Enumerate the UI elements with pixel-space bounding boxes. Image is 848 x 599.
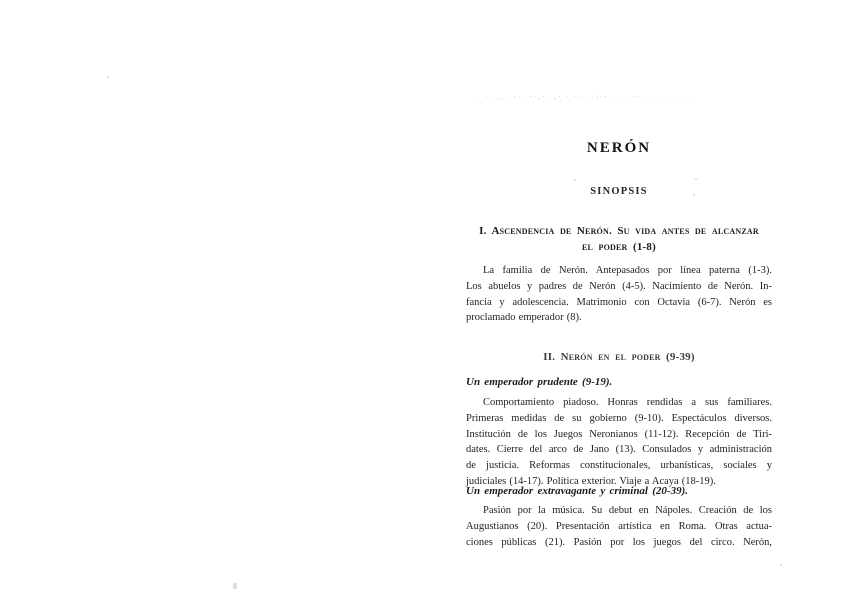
subsection-1-paragraph: Comportamiento piadoso. Honras rendidas … [466, 395, 772, 490]
paragraph-line: Institución de los Juegos Neronianos (11… [466, 427, 772, 443]
paragraph-line: de justicia. Reformas constitucionales, … [466, 458, 772, 474]
scan-speck [695, 178, 697, 180]
paragraph-line: proclamado emperador (8). [466, 310, 772, 326]
section-1-paragraph: La familia de Nerón. Antepasados por lín… [466, 263, 772, 326]
section-1-heading-line-1: I. Ascendencia de Nerón. Su vida antes d… [466, 224, 772, 240]
scan-speck [107, 76, 109, 78]
paragraph-line: Comportamiento piadoso. Honras rendidas … [466, 395, 772, 411]
scan-speck [780, 564, 782, 566]
paragraph-line: Primeras medidas de su gobierno (9-10). … [466, 411, 772, 427]
section-1-heading: I. Ascendencia de Nerón. Su vida antes d… [466, 224, 772, 255]
paragraph-line: dates. Cierre del arco de Jano (13). Con… [466, 442, 772, 458]
paragraph-line: ciones públicas (21). Pasión por los jue… [466, 535, 772, 551]
scanned-book-page: . ·· .,· -·. ··,·· ,· · ··· ·:·· ·· · ··… [0, 0, 848, 599]
paragraph-line: Augustianos (20). Presentación artística… [466, 519, 772, 535]
bleed-through-text: . ·· .,· -·. ··,·· ,· · ··· ·:·· ·· · ··… [478, 93, 748, 101]
page-title: NERÓN [466, 140, 772, 157]
paragraph-line: Los abuelos y padres de Nerón (4-5). Nac… [466, 279, 772, 295]
paragraph-line: La familia de Nerón. Antepasados por lín… [466, 263, 772, 279]
subsection-2-paragraph: Pasión por la música. Su debut en Nápole… [466, 503, 772, 550]
subsection-1-heading: Un emperador prudente (9-19). [466, 376, 772, 388]
section-2-heading: II. Nerón en el poder (9-39) [466, 350, 772, 366]
scan-speck [693, 194, 695, 196]
paragraph-line: Pasión por la música. Su debut en Nápole… [466, 503, 772, 519]
scan-speck [574, 179, 576, 181]
section-1-heading-line-2: el poder (1-8) [466, 240, 772, 256]
synopsis-heading: SINOPSIS [466, 186, 772, 197]
paragraph-line: fancia y adolescencia. Matrimonio con Oc… [466, 295, 772, 311]
subsection-2-heading: Un emperador extravagante y criminal (20… [466, 485, 772, 497]
scan-speck [233, 583, 237, 589]
